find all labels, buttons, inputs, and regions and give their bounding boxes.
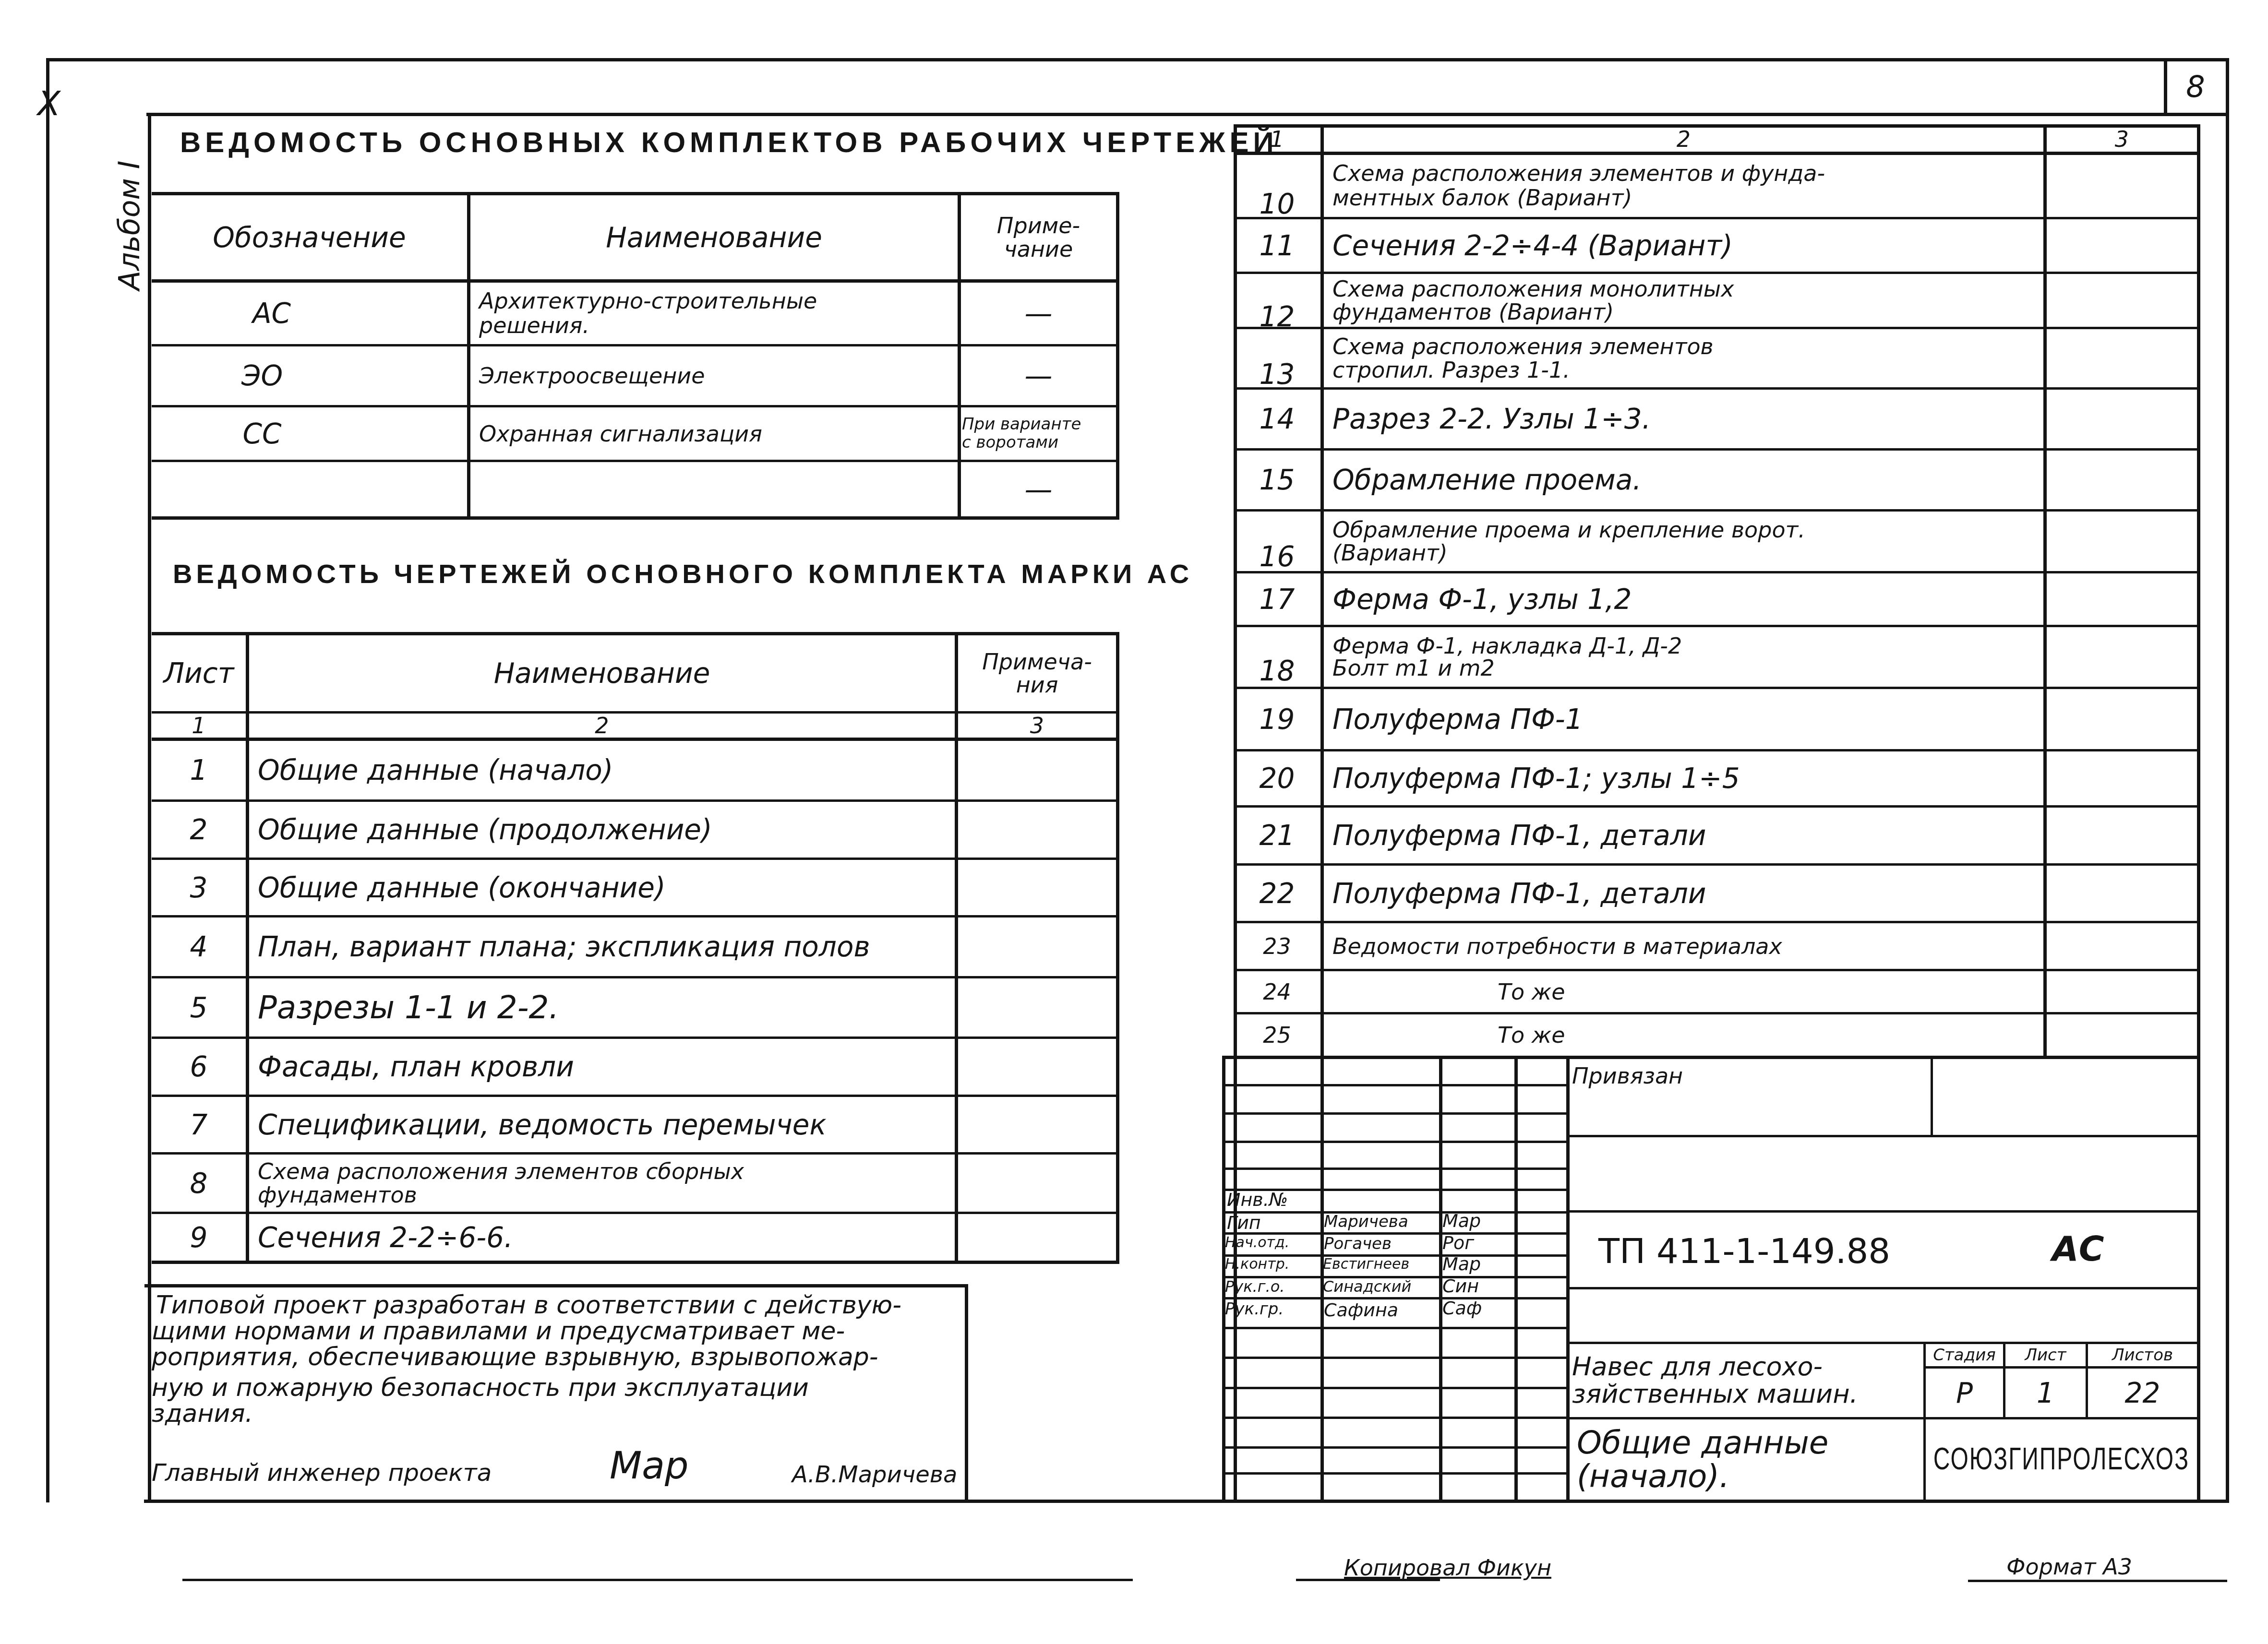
drawings-header-note: Примеча- ния	[958, 635, 1116, 711]
sets-table-border	[152, 516, 1119, 520]
inventory-number-label: Инв.№	[1227, 1189, 1288, 1210]
sets-name: Архитектурно-строительные решения.	[470, 283, 958, 344]
signature: Мар	[610, 1444, 689, 1488]
drawing-sheet-number: 22	[1234, 866, 1320, 921]
drawing-name: Спецификации, ведомость перемычек	[249, 1097, 955, 1152]
title-block-grid	[1566, 1210, 2199, 1213]
inner-frame-top	[146, 113, 2227, 116]
title-block-grid	[1566, 1287, 2199, 1289]
corner-mark: X	[37, 84, 60, 123]
drawing-sheet-number: 2	[152, 802, 246, 858]
title-block-grid	[1222, 1141, 1566, 1143]
drawing-name: Сечения 2-2÷4-4 (Вариант)	[1324, 219, 2043, 272]
staff-signature: Мар	[1442, 1253, 1481, 1275]
note-text-line: ную и пожарную безопасность при эксплуат…	[152, 1373, 809, 1402]
drawings-table-border	[152, 632, 1119, 635]
drawing-name: Схема расположения элементов стропил. Ра…	[1324, 329, 2043, 387]
staff-signature: Саф	[1442, 1298, 1482, 1319]
drawing-sheet-number: 18	[1234, 638, 1320, 691]
footer-line	[182, 1579, 1133, 1581]
staff-signature: Рог	[1442, 1232, 1474, 1253]
title-block-grid	[1222, 1357, 1566, 1359]
sets-note: —	[961, 462, 1116, 516]
drawing-sheet-number: 8	[152, 1155, 246, 1212]
staff-signature: Син	[1442, 1275, 1479, 1297]
staff-name: Сафина	[1324, 1299, 1398, 1321]
drawings-table-border	[955, 632, 958, 1264]
drawing-name: Общие данные (продолжение)	[249, 802, 955, 858]
signer-name: А.В.Маричева	[792, 1461, 957, 1488]
drawing-name: Разрезы 1-1 и 2-2.	[249, 978, 955, 1036]
sheets-label: Листов	[2088, 1344, 2197, 1366]
drawing-sheet-number: 23	[1234, 923, 1320, 969]
drawing-name: Полуферма ПФ-1, детали	[1324, 808, 2043, 863]
col-number: 1	[152, 714, 246, 738]
sets-name: Охранная сигнализация	[470, 407, 958, 460]
sets-code	[152, 462, 372, 516]
cont-table-border	[1320, 124, 1324, 1058]
drawing-sheet-number: 11	[1234, 219, 1320, 272]
drawing-name: Ферма Ф-1, узлы 1,2	[1324, 573, 2043, 625]
drawing-sheet-number: 4	[152, 917, 246, 976]
page-number: 8	[2165, 62, 2226, 110]
staff-role: Гип	[1227, 1212, 1261, 1233]
stage-label: Стадия	[1926, 1344, 2003, 1366]
col-number: 3	[958, 714, 1116, 738]
drawing-sheet-number: 12	[1234, 283, 1320, 336]
drawings-table-border	[152, 1261, 1119, 1264]
drawing-name: Полуферма ПФ-1; узлы 1÷5	[1324, 751, 2043, 805]
drawings-table-border	[152, 738, 1119, 741]
drawing-sheet-number: 19	[1234, 689, 1320, 749]
drawing-sheet-number: 3	[152, 860, 246, 915]
outer-frame-left	[46, 58, 49, 1502]
drawing-sheet-number: 16	[1234, 523, 1320, 576]
document-code: ТП 411-1-149.88	[1598, 1231, 1890, 1271]
drawing-name: То же	[1498, 971, 1882, 1012]
copied-by: Копировал Фикун	[1344, 1555, 1551, 1581]
title-block-grid	[1222, 1472, 1566, 1475]
drawing-sheet-number: 1	[152, 741, 246, 799]
album-label: Альбом I	[113, 146, 146, 290]
note-text-line: здания.	[152, 1399, 253, 1428]
sets-table-title: ВЕДОМОСТЬ ОСНОВНЫХ КОМПЛЕКТОВ РАБОЧИХ ЧЕ…	[180, 126, 1278, 159]
drawings-table-border	[1116, 632, 1119, 1264]
note-box-border	[965, 1284, 968, 1502]
drawing-sheet-number: 7	[152, 1097, 246, 1152]
drawings-header-sheet: Лист	[152, 635, 246, 711]
sets-table-border	[152, 192, 1119, 195]
drawing-name: Схема расположения монолитных фундаменто…	[1324, 274, 2043, 327]
drawing-name: Общие данные (начало)	[249, 741, 955, 799]
sets-header-note: Приме- чание	[961, 195, 1116, 279]
title-block-grid	[1931, 1056, 1933, 1135]
drawing-sheet-number: 21	[1234, 808, 1320, 863]
sets-code: ЭО	[152, 346, 372, 405]
footer-line	[1968, 1580, 2227, 1582]
outer-frame-right	[2226, 58, 2229, 1502]
drawing-name: Обрамление проема.	[1324, 451, 2043, 509]
title-block-border	[1566, 1056, 1570, 1502]
sets-table-border	[152, 279, 1119, 283]
staff-name: Синадский	[1323, 1277, 1411, 1296]
drawings-table-border	[246, 632, 249, 1264]
sets-note: —	[961, 283, 1116, 344]
drawing-name: Схема расположения элементов и фунда- ме…	[1324, 154, 2043, 217]
title-block-grid	[1222, 1084, 1566, 1086]
note-text-line: щими нормами и правилами и предусматрива…	[152, 1317, 845, 1346]
cont-table-border	[1222, 1056, 2200, 1059]
sheet-title: Общие данные (начало).	[1577, 1419, 1922, 1500]
staff-role: Рук.гр.	[1225, 1299, 1284, 1319]
staff-name: Евстигнеев	[1323, 1256, 1409, 1273]
drawing-sheet-number: 17	[1234, 573, 1320, 625]
cont-table-border	[2197, 124, 2200, 1501]
sets-name	[470, 462, 958, 516]
title-block-grid	[1222, 1327, 1566, 1329]
sets-name: Электроосвещение	[470, 346, 958, 405]
title-block-grid	[1222, 1387, 1566, 1389]
note-text-line: Типовой проект разработан в соответствии…	[156, 1291, 901, 1320]
staff-name: Маричева	[1324, 1212, 1408, 1231]
sheet-label: Лист	[2005, 1344, 2086, 1366]
drawing-sheet-number: 15	[1234, 451, 1320, 509]
drawing-name: Обрамление проема и крепление ворот. (Ва…	[1324, 512, 2043, 571]
col-number: 2	[1324, 127, 2043, 152]
sets-code: СС	[152, 407, 372, 460]
sets-header-code: Обозначение	[152, 195, 467, 279]
bound-label: Привязан	[1572, 1063, 1683, 1089]
drawing-name: Сечения 2-2÷6-6.	[249, 1214, 955, 1261]
inner-frame-left	[148, 113, 151, 1502]
title-block-grid	[1566, 1135, 2199, 1137]
drawing-sheet-number: 24	[1234, 971, 1320, 1012]
title-block-border	[1514, 1056, 1518, 1502]
drawing-name: Полуферма ПФ-1	[1324, 689, 2043, 749]
sets-note: При варианте с воротами	[960, 407, 1116, 460]
drawing-sheet-number: 14	[1234, 390, 1320, 448]
drawing-sheet-number: 25	[1234, 1014, 1320, 1056]
drawing-name: Ведомости потребности в материалах	[1324, 923, 2043, 969]
staff-signature: Мар	[1442, 1210, 1481, 1231]
title-block-grid	[1222, 1446, 1566, 1449]
title-block-grid	[1222, 1112, 1566, 1115]
staff-role: Н.контр.	[1225, 1256, 1289, 1273]
drawing-name: Фасады, план кровли	[249, 1039, 955, 1095]
note-text-line: роприятия, обеспечивающие взрывную, взры…	[152, 1343, 878, 1371]
drawing-name: Полуферма ПФ-1, детали	[1324, 866, 2043, 921]
drawing-sheet-number: 9	[152, 1214, 246, 1261]
col-number: 3	[2047, 127, 2197, 152]
note-box-border	[144, 1284, 968, 1287]
drawing-sheet-number: 20	[1234, 751, 1320, 805]
project-name: Навес для лесохо- зяйственных машин.	[1572, 1344, 1922, 1417]
drawings-table-title: ВЕДОМОСТЬ ЧЕРТЕЖЕЙ ОСНОВНОГО КОМПЛЕКТА М…	[173, 558, 1193, 589]
staff-role: Рук.г.о.	[1225, 1277, 1284, 1296]
drawing-name: Схема расположения элементов сборных фун…	[249, 1155, 955, 1212]
drawing-sheet-number: 6	[152, 1039, 246, 1095]
organization: СОЮЗГИПРОЛЕСХОЗ	[1926, 1406, 2197, 1513]
outer-frame-bottom	[144, 1500, 2229, 1503]
paper-format: Формат А3	[2006, 1554, 2132, 1580]
sets-code: АС	[152, 283, 392, 344]
drawing-name: Разрез 2-2. Узлы 1÷3.	[1324, 390, 2043, 448]
signer-title: Главный инженер проекта	[152, 1459, 492, 1487]
drawing-sheet-number: 5	[152, 978, 246, 1036]
col-number: 1	[1234, 127, 1320, 152]
drawings-header-name: Наименование	[249, 635, 955, 711]
sets-table-border	[958, 192, 961, 520]
outer-frame-top	[46, 58, 2229, 61]
col-number: 2	[249, 714, 955, 738]
title-block-grid	[1222, 1417, 1566, 1419]
staff-name: Рогачев	[1324, 1234, 1392, 1253]
drawing-name: То же	[1498, 1014, 1882, 1056]
drawing-name: Ферма Ф-1, накладка Д-1, Д-2 Болт m1 и m…	[1324, 627, 2043, 687]
sets-table-border	[1116, 192, 1119, 520]
cont-table-border	[2043, 124, 2047, 1058]
document-mark: АС	[2052, 1228, 2104, 1269]
drawing-sheet-number: 13	[1234, 341, 1320, 393]
drawing-name: Общие данные (окончание)	[249, 860, 955, 915]
staff-role: Нач.отд.	[1225, 1234, 1289, 1251]
drawing-name: План, вариант плана; экспликация полов	[249, 917, 955, 976]
sets-note: —	[961, 346, 1116, 405]
title-block-border	[1439, 1056, 1442, 1502]
sets-header-name: Наименование	[470, 195, 958, 279]
title-block-grid	[1222, 1167, 1566, 1170]
sets-table-border	[467, 192, 470, 520]
